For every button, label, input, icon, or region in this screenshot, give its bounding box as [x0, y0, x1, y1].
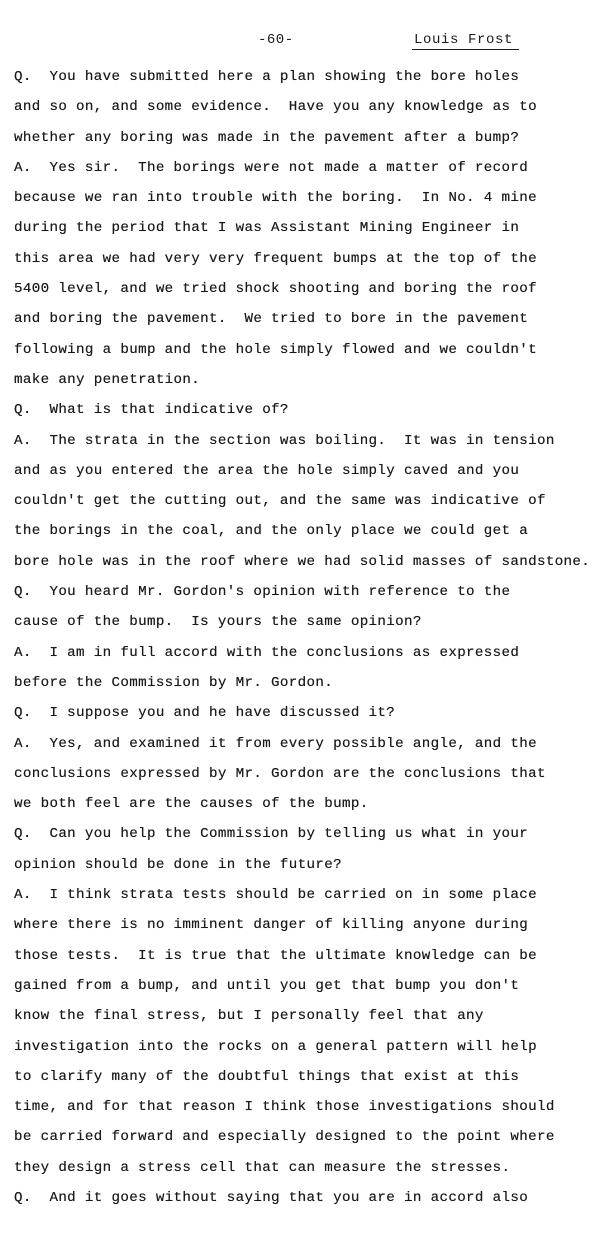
transcript-line: before the Commission by Mr. Gordon.	[14, 668, 610, 698]
page-header: -60- Louis Frost	[0, 32, 610, 52]
transcript-line: Q. I suppose you and he have discussed i…	[14, 698, 610, 728]
transcript-line: Q. And it goes without saying that you a…	[14, 1183, 610, 1213]
transcript-line: and so on, and some evidence. Have you a…	[14, 92, 610, 122]
transcript-line: we both feel are the causes of the bump.	[14, 789, 610, 819]
transcript-line: opinion should be done in the future?	[14, 850, 610, 880]
transcript-line: cause of the bump. Is yours the same opi…	[14, 607, 610, 637]
transcript-line: Q. What is that indicative of?	[14, 395, 610, 425]
transcript-line: A. I think strata tests should be carrie…	[14, 880, 610, 910]
transcript-line: those tests. It is true that the ultimat…	[14, 941, 610, 971]
transcript-line: A. The strata in the section was boiling…	[14, 426, 610, 456]
transcript-line: know the final stress, but I personally …	[14, 1001, 610, 1031]
transcript-line: Q. You have submitted here a plan showin…	[14, 62, 610, 92]
transcript-line: A. Yes sir. The borings were not made a …	[14, 153, 610, 183]
transcript-line: Q. You heard Mr. Gordon's opinion with r…	[14, 577, 610, 607]
transcript-line: conclusions expressed by Mr. Gordon are …	[14, 759, 610, 789]
transcript-line: to clarify many of the doubtful things t…	[14, 1062, 610, 1092]
transcript-line: gained from a bump, and until you get th…	[14, 971, 610, 1001]
transcript-line: and as you entered the area the hole sim…	[14, 456, 610, 486]
transcript-line: where there is no imminent danger of kil…	[14, 910, 610, 940]
transcript-line: during the period that I was Assistant M…	[14, 213, 610, 243]
transcript-line: because we ran into trouble with the bor…	[14, 183, 610, 213]
transcript-line: bore hole was in the roof where we had s…	[14, 547, 610, 577]
transcript-line: be carried forward and especially design…	[14, 1122, 610, 1152]
witness-name: Louis Frost	[412, 32, 519, 50]
transcript-line: 5400 level, and we tried shock shooting …	[14, 274, 610, 304]
transcript-line: this area we had very very frequent bump…	[14, 244, 610, 274]
transcript-line: following a bump and the hole simply flo…	[14, 335, 610, 365]
transcript-line: couldn't get the cutting out, and the sa…	[14, 486, 610, 516]
transcript-line: whether any boring was made in the pavem…	[14, 123, 610, 153]
transcript-line: A. I am in full accord with the conclusi…	[14, 638, 610, 668]
transcript-line: time, and for that reason I think those …	[14, 1092, 610, 1122]
page-number: -60-	[258, 32, 294, 48]
transcript-line: the borings in the coal, and the only pl…	[14, 516, 610, 546]
transcript-line: they design a stress cell that can measu…	[14, 1153, 610, 1183]
transcript-line: Q. Can you help the Commission by tellin…	[14, 819, 610, 849]
transcript-body: Q. You have submitted here a plan showin…	[14, 62, 610, 1213]
transcript-line: and boring the pavement. We tried to bor…	[14, 304, 610, 334]
transcript-line: investigation into the rocks on a genera…	[14, 1032, 610, 1062]
transcript-line: make any penetration.	[14, 365, 610, 395]
transcript-line: A. Yes, and examined it from every possi…	[14, 729, 610, 759]
